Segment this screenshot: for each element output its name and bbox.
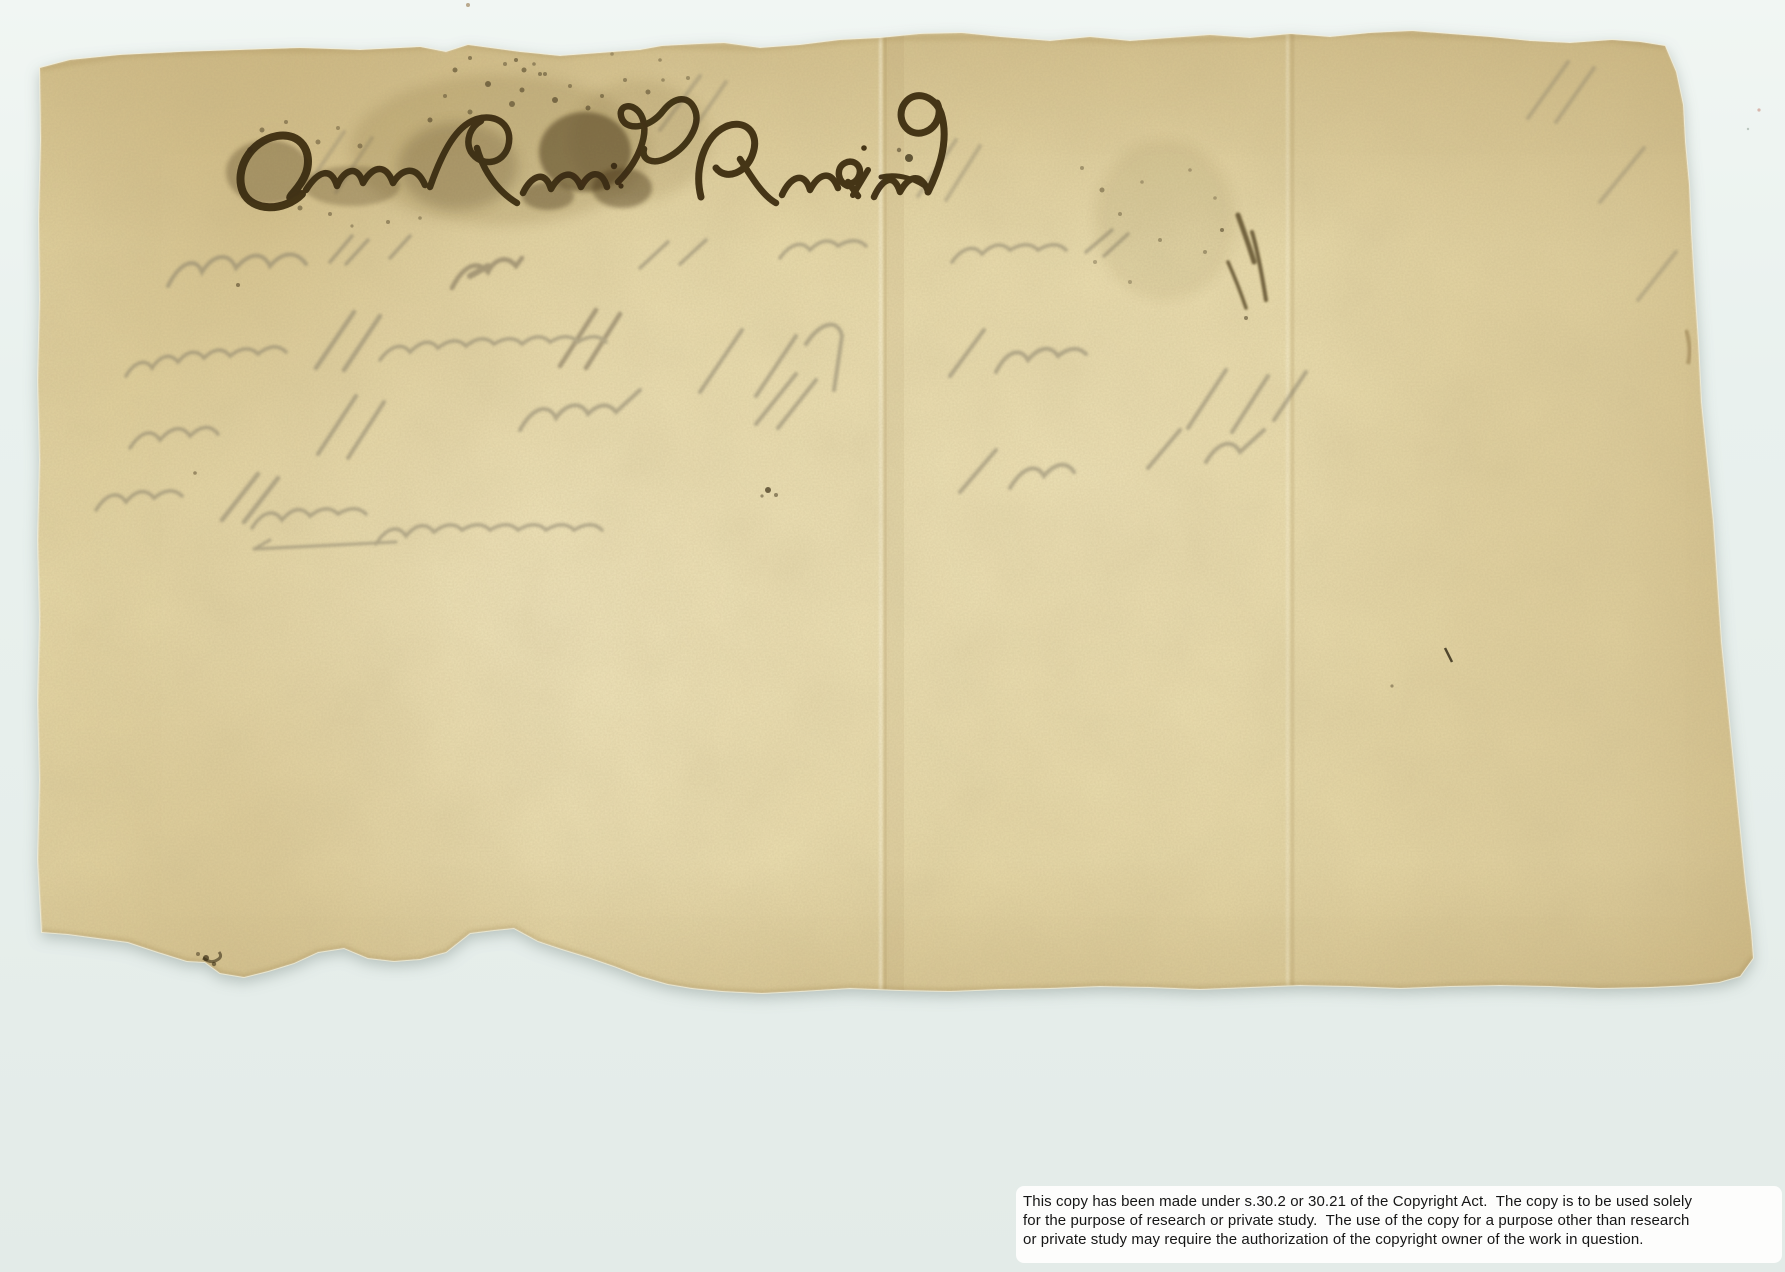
- copyright-line-2: for the purpose of research or private s…: [1023, 1211, 1774, 1230]
- scanner-background: This copy has been made under s.30.2 or …: [0, 0, 1785, 1272]
- paper-fragment: [20, 20, 1770, 1010]
- copyright-line-3: or private study may require the authori…: [1023, 1230, 1774, 1249]
- copyright-line-1: This copy has been made under s.30.2 or …: [1023, 1192, 1774, 1211]
- document-scan: [0, 0, 1785, 1272]
- copyright-notice: This copy has been made under s.30.2 or …: [1016, 1186, 1782, 1263]
